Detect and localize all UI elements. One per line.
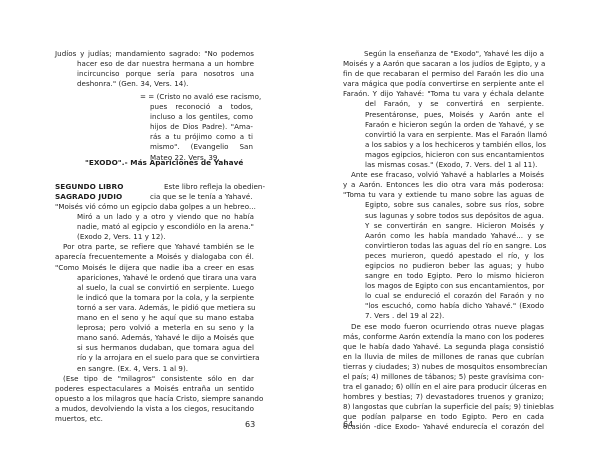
text-line: río y la arrojara en el suelo para que s…: [55, 353, 254, 363]
text-line: magos egipcios, hicieron con sus encanta…: [343, 150, 544, 160]
body-text: "Moisés vió cómo un egipcio daba golpes …: [55, 202, 254, 424]
text-line: los magos de Egipto con sus encantamient…: [343, 281, 544, 291]
text-line: Este libro refleja la obedien-: [150, 182, 253, 192]
text-line: hacer eso de dar nuestra hermana a un ho…: [55, 59, 254, 69]
text-line: peces murieron, quedó apestado el río, y…: [343, 251, 544, 261]
text-line: a los sabios y a los hechiceros y tambié…: [343, 140, 544, 150]
text-line: = = (Cristo no avaló ese racismo,: [140, 92, 253, 102]
text-line: lo cual se endureció el corazón del Fara…: [343, 291, 544, 301]
text-line: Aarón como les había mandado Yahavé... y…: [343, 231, 544, 241]
text-line: 8) langostas que cubrían la superficie d…: [343, 402, 544, 412]
text-line: a mudos, devolviendo la vista a los cieg…: [55, 404, 254, 414]
text-line: mano en el seno y he aquí que su mano es…: [55, 313, 254, 323]
text-line: Y se convertirán en sangre. Hicieron Moi…: [343, 221, 544, 231]
text-line: incluso a los gentiles, como: [140, 112, 253, 122]
text-line: "Moisés vió cómo un egipcio daba golpes …: [55, 202, 254, 212]
text-line: en sangre. (Ex. 4, Vers. 1 al 9).: [55, 364, 254, 374]
text-line: (Exodo 2, Vers. 11 y 12).: [55, 232, 254, 242]
text-line: el país; 4) millones de tábanos; 5) pest…: [343, 372, 544, 382]
text-line: ocasión -dice Exodo- Yahavé endurecía el…: [343, 422, 544, 432]
text-line: mismo". (Evangelio San: [140, 142, 253, 152]
text-line: Presentáronse, pues, Moisés y Aarón ante…: [343, 110, 544, 120]
text-line: al suelo, la cual se convirtió en serpie…: [55, 283, 254, 293]
side-heading-line: SAGRADO JUDIO: [55, 192, 135, 202]
right-page: Según la enseñanza de "Exodo", Yahavé le…: [300, 0, 600, 449]
text-line: incircunciso porque sería para nosotros …: [55, 69, 254, 79]
text-line: convirtieron todas las aguas del río en …: [343, 241, 544, 251]
text-line: convirtió la vara en serpiente. Mas el F…: [343, 130, 544, 140]
text-line: las mismas cosas." (Exodo, 7. Vers. del …: [343, 160, 544, 170]
text-line: más, conforme Aarón extendía la mano con…: [343, 332, 544, 342]
text-line: Egipto, sobre sus canales, sobre sus río…: [343, 200, 544, 210]
text-line: rás a tu prójimo como a ti: [140, 132, 253, 142]
body-text: Según la enseñanza de "Exodo", Yahavé le…: [343, 49, 544, 433]
text-line: Judíos y judías; mandamiento sagrado: "N…: [55, 49, 254, 59]
text-line: que le había dado Yahavé. La segunda pla…: [343, 342, 544, 352]
text-line: Miró a un lado y a otro y viendo que no …: [55, 212, 254, 222]
note-block: = = (Cristo no avaló ese racismo, pues r…: [140, 92, 253, 163]
opening-quote: Judíos y judías; mandamiento sagrado: "N…: [55, 49, 254, 89]
text-line: le indicó que la tomara por la cola, y l…: [55, 293, 254, 303]
text-line: sangre en todo Egipto. Pero lo mismo hic…: [343, 271, 544, 281]
text-line: tierras y ciudades; 3) nubes de mosquito…: [343, 362, 544, 372]
text-line: "los escuchó, como había dicho Yahavé." …: [343, 301, 544, 311]
text-line: sus lagunas y sobre todos sus depósitos …: [343, 211, 544, 221]
text-line: si sus hermanos dudaban, que tomara agua…: [55, 343, 254, 353]
text-line: Moisés y a Aarón que sacaran a los judío…: [343, 59, 544, 69]
text-line: Faraón e hicieron según la orden de Yaha…: [343, 120, 544, 130]
text-line: Ante ese fracaso, volvió Yahavé a hablar…: [343, 170, 544, 180]
text-line: "Toma tu vara y extiende tu mano sobre l…: [343, 190, 544, 200]
text-line: egipcios no pudieron beber las aguas; y …: [343, 261, 544, 271]
side-heading-line: SEGUNDO LIBRO: [55, 182, 135, 192]
text-line: opuesto a los milagros que hacía Cristo,…: [55, 394, 254, 404]
text-line: hombres y bestias; 7) devastadores truen…: [343, 392, 544, 402]
text-line: vara mágica que podía convertirse en ser…: [343, 79, 544, 89]
text-line: "Como Moisés le dijera que nadie iba a c…: [55, 263, 254, 273]
text-line: aparecía frecuentemente a Moisés y dialo…: [55, 252, 254, 262]
page-number: 63: [245, 420, 255, 429]
text-line: Faraón. Y dijo Yahavé: "Toma tu vara y é…: [343, 89, 544, 99]
page-number: 64: [343, 420, 353, 429]
text-line: poderes espectaculares a Moisés entraña …: [55, 384, 254, 394]
text-line: tornó a ser vara. Además, le pidió que m…: [55, 303, 254, 313]
text-line: apariciones, Yahavé le ordenó que tirara…: [55, 273, 254, 283]
text-line: cia que se le tenía a Yahavé.: [150, 192, 253, 202]
text-line: del Faraón, y se convertirá en serpiente…: [343, 99, 544, 109]
text-line: 7. Vers . del 19 al 22).: [343, 311, 544, 321]
text-line: y a Aarón. Entonces les dio otra vara má…: [343, 180, 544, 190]
text-line: en la lluvia de miles de millones de ran…: [343, 352, 544, 362]
text-line: Por otra parte, se refiere que Yahavé ta…: [55, 242, 254, 252]
left-page: Judíos y judías; mandamiento sagrado: "N…: [0, 0, 300, 449]
text-line: hijos de Dios Padre). "Ama-: [140, 122, 253, 132]
text-line: De ese modo fueron ocurriendo otras nuev…: [343, 322, 544, 332]
text-line: mano sanó. Además, Yahavé le dijo a Mois…: [55, 333, 254, 343]
text-line: que podían palparse en todo Egipto. Pero…: [343, 412, 544, 422]
text-line: nadie, mató al egipcio y escondiólo en l…: [55, 222, 254, 232]
text-line: (Ese tipo de "milagros" consistente sólo…: [55, 374, 254, 384]
side-heading: SEGUNDO LIBRO SAGRADO JUDIO: [55, 182, 135, 202]
section-heading: "EXODO".- Más Apariciones de Yahavé: [85, 158, 265, 168]
text-line: tra el ganado; 6) ollín en el aire para …: [343, 382, 544, 392]
text-line: deshonra." (Gen. 34, Vers. 14).: [55, 79, 254, 89]
text-line: pues reconoció a todos,: [140, 102, 253, 112]
text-line: muertos, etc.: [55, 414, 254, 424]
side-text: Este libro refleja la obedien- cia que s…: [150, 182, 253, 202]
text-line: fin de que recabaran el permiso del Fara…: [343, 69, 544, 79]
text-line: Según la enseñanza de "Exodo", Yahavé le…: [343, 49, 544, 59]
text-line: leprosa; pero volvió a meterla en su sen…: [55, 323, 254, 333]
